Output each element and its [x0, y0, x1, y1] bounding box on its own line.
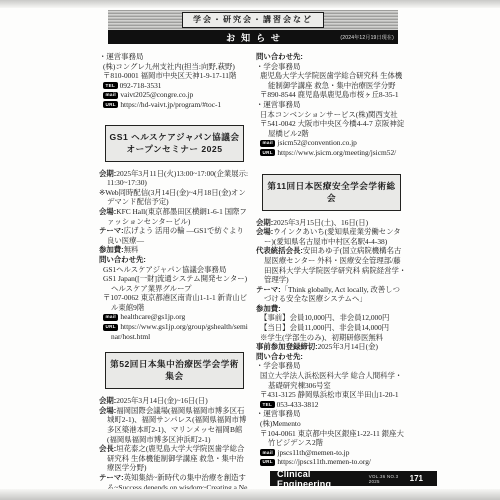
text-line: 参加費:無料	[99, 245, 250, 255]
url-icon: URL	[260, 459, 275, 466]
text-line: 日本コンベンションサービス(株)関西支社	[260, 110, 407, 120]
text-line: 問い合わせ先:	[256, 52, 407, 62]
field-text: ・運営事務局	[256, 409, 300, 418]
text-line: (株)Memento	[260, 419, 407, 429]
field-label: 問い合わせ先:	[99, 255, 146, 264]
text-line: mailvaivt2025@congre.co.jp	[103, 90, 250, 100]
tel-icon: TEL	[103, 82, 118, 89]
field-text: 広げよう 活用の輪 ―GS1で紡ぐより良い医療―	[107, 226, 244, 245]
field-text: ・運営事務局	[256, 100, 300, 109]
issue-info: VOL.36 NO.3 2025	[369, 474, 410, 484]
section-title: 学会・研究会・講習会など	[193, 15, 313, 24]
field-label: 会期:	[99, 169, 116, 178]
event-title-line: 第52回日本集中治療医学会学術集会	[108, 358, 241, 382]
prev-event-contact-block: ・運営事務局 (株)コングレ九州支社内(担当:向野,萩野) 〒810-0001 …	[99, 52, 250, 110]
text-line: mailhealthcare@gs1jp.org	[103, 312, 250, 322]
field-text: 〒107-0062 東京都港区南青山1-1-1 新青山ビル東館9階	[103, 293, 247, 312]
event-title-line: オープンセミナー 2025	[108, 143, 241, 155]
field-text: 2025年3月14日(金)~16日(日)	[116, 396, 207, 405]
text-line: 〒810-0001 福岡市中央区天神1-9-17-11階	[103, 71, 250, 81]
field-text: 【事前】会員10,000円、非会員12,000円	[260, 313, 389, 322]
field-label: 会場:	[99, 207, 116, 216]
text-line: 問い合わせ先:	[256, 352, 407, 362]
field-text: https://hd-vaivt.jp/program/#toc-1	[120, 100, 221, 109]
field-text: 鹿児島大学大学院医歯学総合研究科 生体機能制御学講座 救急・集中治療医学分野	[260, 71, 402, 90]
text-line: mailjpscs11th@memen-to.jp	[260, 448, 407, 458]
field-text: 〒541-0042 大阪市中央区今橋4-4-7 京阪神淀屋橋ビル2階	[260, 119, 404, 138]
mail-icon: mail	[103, 92, 118, 99]
field-text: 【当日】会員11,000円、非会員14,000円	[260, 323, 389, 332]
event-title-line: GS1 ヘルスケアジャパン協議会	[108, 131, 241, 143]
text-line: TEL053-433-3812	[260, 400, 407, 410]
text-line: GS1 Japan([一財]流通システム開発センター)ヘルスケア業界グループ	[103, 274, 250, 293]
field-text: GS1 Japan([一財]流通システム開発センター)ヘルスケア業界グループ	[103, 274, 247, 293]
page-bottom-edge	[0, 489, 500, 500]
field-text: 国立大学法人浜松医科大学 総合人間科学・基礎研究棟306号室	[260, 371, 402, 390]
text-line: ・学会事務局	[256, 62, 407, 72]
field-text: 無料	[124, 245, 139, 254]
text-line: 【事前】会員10,000円、非会員12,000円	[260, 313, 407, 323]
field-label: テーマ:	[256, 285, 281, 294]
event-title-box-jsicm: 第52回日本集中治療医学会学術集会	[105, 352, 244, 389]
field-text: ・学会事務局	[256, 361, 300, 370]
field-label: 会場:	[99, 406, 116, 415]
field-label: テーマ:	[99, 226, 124, 235]
field-label: 参加費:	[99, 245, 124, 254]
event-title-box-gs1: GS1 ヘルスケアジャパン協議会 オープンセミナー 2025	[105, 125, 244, 162]
url-icon: URL	[103, 101, 118, 108]
text-line: (株)コングレ九州支社内(担当:向野,萩野)	[103, 62, 250, 72]
event-title-line: 第11回日本医療安全学会学術総会	[265, 180, 398, 204]
field-label: 問い合わせ先:	[256, 52, 303, 61]
text-line: 会期:2025年3月14日(金)~16日(日)	[99, 396, 250, 406]
field-text: (株)コングレ九州支社内(担当:向野,萩野)	[103, 62, 235, 71]
text-line: mailjsicm52@convention.co.jp	[260, 138, 407, 148]
field-text: ウインクあいち(愛知県産業労働センター)(愛知県名古屋市中村区名駅4-4-38)	[264, 227, 401, 246]
field-text: 2025年3月15日(土)、16日(日)	[273, 218, 368, 227]
field-label: 事前参加登録締切:	[256, 342, 318, 351]
url-icon: URL	[103, 324, 118, 331]
text-line: 〒541-0042 大阪市中央区今橋4-4-7 京阪神淀屋橋ビル2階	[260, 119, 407, 138]
text-line: 代表統括会長:安田あゆ子(国立病院機構名古屋医療センター 外科・医療安全管理部/…	[256, 246, 407, 284]
field-text: 2025年3月11日(火)13:00~17:00(企業展示:11:30~17:3…	[107, 169, 248, 188]
text-line: 国立大学法人浜松医科大学 総合人間科学・基礎研究棟306号室	[260, 371, 407, 390]
text-line: ・運営事務局	[99, 52, 250, 62]
jsicm-contact-block: 問い合わせ先: ・学会事務局 鹿児島大学大学院医歯学総合研究科 生体機能制御学講…	[256, 52, 407, 158]
text-line: TEL092-718-3531	[103, 81, 250, 91]
tel-icon: TEL	[260, 401, 275, 408]
text-line: 【当日】会員11,000円、非会員14,000円	[260, 323, 407, 333]
field-text: 〒431-3125 静岡県浜松市東区半田山1-20-1	[260, 390, 399, 399]
section-header-bar: 学会・研究会・講習会など	[108, 10, 398, 30]
text-line: 事前参加登録締切:2025年3月14日(金)	[256, 342, 407, 352]
text-line: 〒107-0062 東京都港区南青山1-1-1 新青山ビル東館9階	[103, 293, 250, 312]
field-text: 〒890-8544 鹿児島県鹿児島市桜ヶ丘8-35-1	[260, 90, 399, 99]
text-line: 〒431-3125 静岡県浜松市東区半田山1-20-1	[260, 390, 407, 400]
field-text: 053-433-3812	[277, 400, 319, 409]
field-text: jpscs11th@memen-to.jp	[277, 448, 349, 457]
field-text: 「Think globally, Act locally, 改善しつづける安全な…	[264, 285, 400, 304]
field-label: 参加費:	[256, 304, 281, 313]
text-line: URLhttps://hd-vaivt.jp/program/#toc-1	[103, 100, 250, 110]
text-line: URLhttps://jpscs11th.memen-to.org/	[260, 457, 407, 467]
text-line: 会期:2025年3月15日(土)、16日(日)	[256, 218, 407, 228]
url-icon: URL	[260, 149, 275, 156]
field-text: ・学会事務局	[256, 62, 300, 71]
text-line: ・運営事務局	[256, 409, 407, 419]
right-column: 問い合わせ先: ・学会事務局 鹿児島大学大学院医歯学総合研究科 生体機能制御学講…	[256, 52, 407, 500]
event-details-gs1: 会期:2025年3月11日(火)13:00~17:00(企業展示:11:30~1…	[99, 169, 250, 342]
text-line: ※Web同時配信(3月14日(金)~4月18日(金)オンデマンド配信予定)	[99, 188, 250, 207]
field-label: 問い合わせ先:	[256, 352, 303, 361]
page-number: 171	[410, 474, 423, 483]
field-text: 〒810-0001 福岡市中央区天神1-9-17-11階	[103, 71, 236, 80]
mail-icon: mail	[260, 449, 275, 456]
field-text: 福岡国際会議場(福岡県福岡市博多区石城町2-1)、福岡サンパレス(福岡県福岡市博…	[107, 406, 246, 444]
announcement-title: お知らせ	[220, 31, 286, 44]
mail-icon: mail	[103, 314, 118, 321]
section-title-box: 学会・研究会・講習会など	[182, 12, 324, 28]
field-text: GS1ヘルスケアジャパン協議会事務局	[103, 265, 226, 274]
text-line: 会長:垣花泰之(鹿児島大学大学院医歯学総合研究科 生体機能制御学講座 救急・集中…	[99, 444, 250, 473]
field-text: vaivt2025@congre.co.jp	[120, 90, 193, 99]
field-label: テーマ:	[99, 473, 124, 482]
field-text: jsicm52@convention.co.jp	[277, 138, 356, 147]
field-text: https://www.gs1jp.org/group/gshealth/sem…	[111, 322, 248, 341]
scanned-journal-page: 学会・研究会・講習会など お知らせ (2024年12月19日現在) ・運営事務局…	[0, 0, 500, 500]
event-title-box-jpscs: 第11回日本医療安全学会学術総会	[262, 174, 401, 211]
text-line: URLhttps://www.gs1jp.org/group/gshealth/…	[103, 322, 250, 341]
field-text: https://jpscs11th.memen-to.org/	[277, 457, 371, 466]
announcement-bar: お知らせ (2024年12月19日現在)	[108, 30, 398, 44]
text-line: 会場:ウインクあいち(愛知県産業労働センター)(愛知県名古屋市中村区名駅4-4-…	[256, 227, 407, 246]
field-label: 会期:	[99, 396, 116, 405]
text-line: 会場:福岡国際会議場(福岡県福岡市博多区石城町2-1)、福岡サンパレス(福岡県福…	[99, 406, 250, 444]
text-line: ・運営事務局	[256, 100, 407, 110]
text-line: 〒890-8544 鹿児島県鹿児島市桜ヶ丘8-35-1	[260, 90, 407, 100]
field-text: 092-718-3531	[120, 81, 162, 90]
field-text: 日本コンベンションサービス(株)関西支社	[260, 110, 398, 119]
field-label: 会期:	[256, 218, 273, 227]
text-line: 会期:2025年3月11日(火)13:00~17:00(企業展示:11:30~1…	[99, 169, 250, 188]
field-text: (株)Memento	[260, 419, 301, 428]
field-text: 〒104-0061 東京都中央区銀座1-22-11 銀座大竹ビジデンス2階	[260, 429, 404, 448]
text-line: URLhttps://www.jsicm.org/meeting/jsicm52…	[260, 148, 407, 158]
text-line: 会場:KFC Hall(東京都墨田区横網1-6-1 国際ファッションセンタービル…	[99, 207, 250, 226]
event-details-jsicm: 会期:2025年3月14日(金)~16日(日) 会場:福岡国際会議場(福岡県福岡…	[99, 396, 250, 500]
field-text: ※Web同時配信(3月14日(金)~4月18日(金)オンデマンド配信予定)	[99, 188, 246, 207]
journal-logo: Clinical Engineering	[277, 469, 365, 489]
text-line: 〒104-0061 東京都中央区銀座1-22-11 銀座大竹ビジデンス2階	[260, 429, 407, 448]
field-text: healthcare@gs1jp.org	[120, 312, 185, 321]
left-column: ・運営事務局 (株)コングレ九州支社内(担当:向野,萩野) 〒810-0001 …	[99, 52, 250, 500]
field-label: 会場:	[256, 227, 273, 236]
field-text: https://www.jsicm.org/meeting/jsicm52/	[277, 148, 396, 157]
field-label: 代表統括会長:	[256, 246, 303, 255]
text-line: 問い合わせ先:	[99, 255, 250, 265]
event-details-jpscs: 会期:2025年3月15日(土)、16日(日) 会場:ウインクあいち(愛知県産業…	[256, 218, 407, 467]
text-line: 参加費:	[256, 304, 407, 314]
text-line: テーマ:「Think globally, Act locally, 改善しつづけ…	[256, 285, 407, 304]
text-line: 鹿児島大学大学院医歯学総合研究科 生体機能制御学講座 救急・集中治療医学分野	[260, 71, 407, 90]
field-text: ・運営事務局	[99, 52, 143, 61]
footer-bar: Clinical Engineering VOL.36 NO.3 2025 17…	[270, 471, 437, 486]
text-line: テーマ:広げよう 活用の輪 ―GS1で紡ぐより良い医療―	[99, 226, 250, 245]
two-column-body: ・運営事務局 (株)コングレ九州支社内(担当:向野,萩野) 〒810-0001 …	[99, 52, 407, 500]
text-line: ・学会事務局	[256, 361, 407, 371]
as-of-date: (2024年12月19日現在)	[340, 34, 394, 41]
text-line: ※学生(学部生のみ)、初期研修医無料	[260, 333, 407, 343]
field-text: 2025年3月14日(金)	[318, 342, 378, 351]
field-text: ※学生(学部生のみ)、初期研修医無料	[260, 333, 383, 342]
mail-icon: mail	[260, 140, 275, 147]
text-line: GS1ヘルスケアジャパン協議会事務局	[103, 265, 250, 275]
field-label: 会長:	[99, 444, 116, 453]
page-top-edge	[0, 0, 500, 8]
field-text: KFC Hall(東京都墨田区横網1-6-1 国際ファッションセンタービル)	[107, 207, 247, 226]
field-text: 垣花泰之(鹿児島大学大学院医歯学総合研究科 生体機能制御学講座 救急・集中治療医…	[107, 444, 244, 472]
